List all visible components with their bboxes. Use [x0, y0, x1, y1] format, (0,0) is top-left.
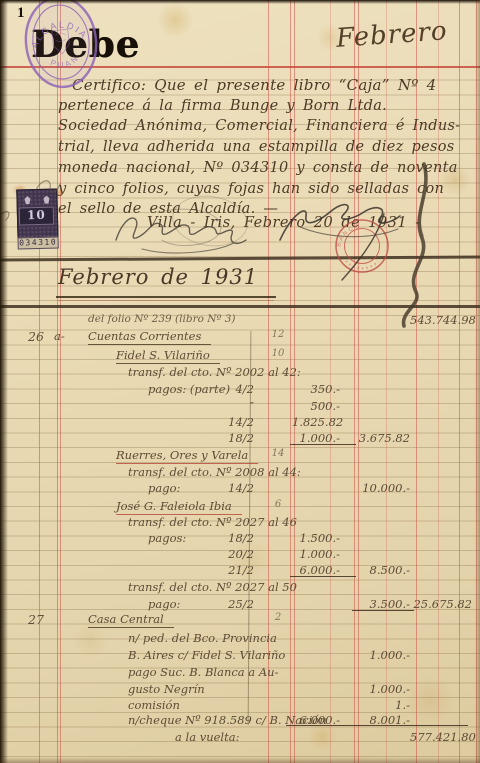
- ink-squiggle: [2, 181, 60, 220]
- bank-round-stamp: BANCO: [336, 220, 388, 272]
- ledger-page: 1 Debe Febrero Certifico: Que el present…: [0, 0, 480, 763]
- signature-clerk: [116, 209, 246, 253]
- pen-flourish: [404, 164, 427, 326]
- alcaldia-oval-stamp: ALCALDIA PUAN: [21, 0, 100, 90]
- ink-overlay: ALCALDIA PUAN BANCO: [0, 0, 480, 763]
- round-stamp-text: BANCO: [336, 224, 362, 248]
